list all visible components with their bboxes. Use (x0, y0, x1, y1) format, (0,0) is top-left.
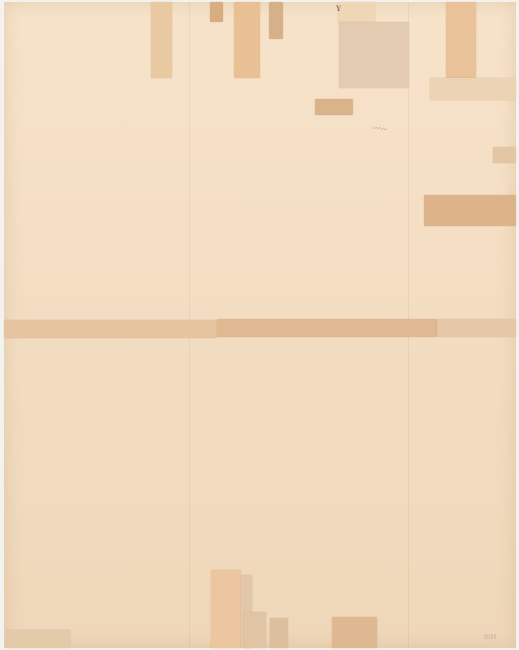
handwritten-note: 〰〰 (371, 123, 386, 135)
tape-piece (430, 78, 516, 100)
tape-piece (270, 618, 288, 648)
tape-piece (217, 319, 437, 337)
tape-piece (424, 195, 516, 226)
tape-piece (338, 2, 375, 24)
tape-piece (7, 630, 70, 648)
tape-piece (315, 99, 353, 115)
tape-piece (493, 147, 516, 163)
tape-piece (211, 570, 241, 648)
tape-piece (269, 2, 283, 39)
tape-piece (332, 617, 377, 648)
tape-piece (339, 22, 409, 88)
corner-mark: Y (336, 4, 341, 13)
tape-piece (437, 319, 516, 337)
tape-piece (244, 612, 266, 648)
tape-piece (151, 2, 172, 78)
catalog-stamp: ▯▯▯▯ (484, 634, 497, 640)
tape-piece (234, 2, 260, 78)
tape-piece (4, 320, 217, 338)
tape-piece (446, 2, 476, 80)
tape-piece (210, 2, 223, 22)
